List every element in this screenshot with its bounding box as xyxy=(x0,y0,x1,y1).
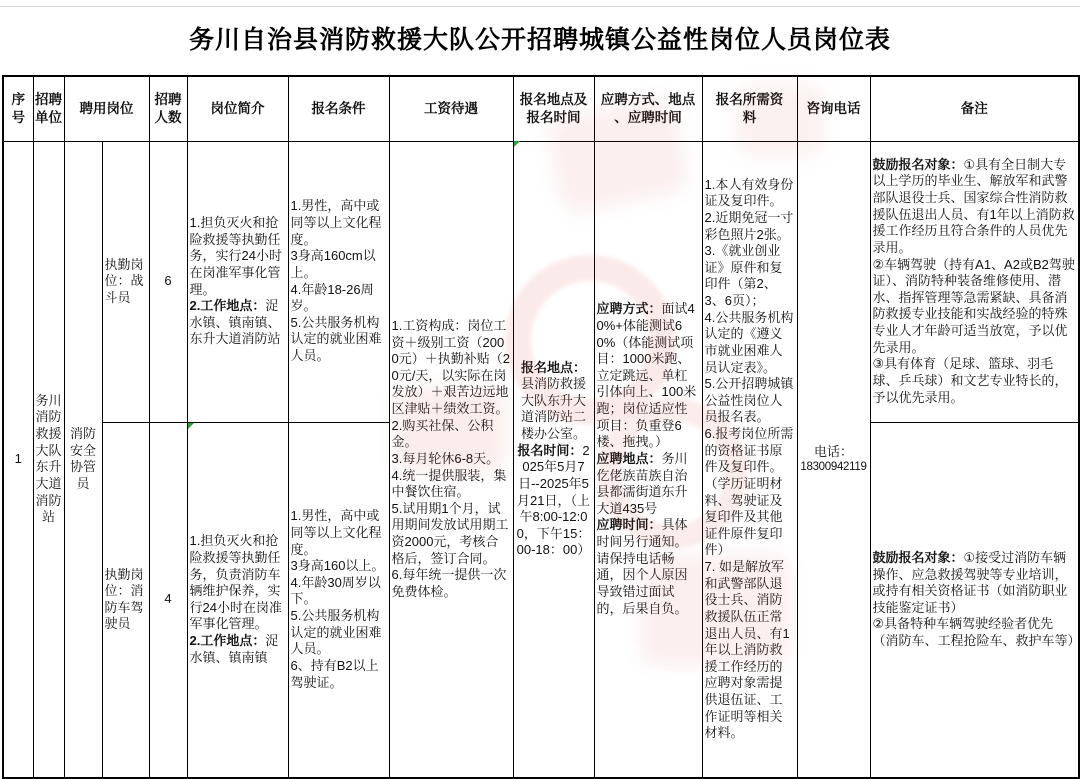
cell-flag-triangle xyxy=(514,141,520,147)
header-salary: 工资待遇 xyxy=(389,76,513,141)
header-conditions: 报名条件 xyxy=(288,76,389,141)
cell-post-name-2: 执勤岗位：消防车驾驶员 xyxy=(102,422,149,778)
material-item: 3.《就业创业证》原件和复印件（第2、3、6页）； xyxy=(705,243,795,310)
phone-number: 18300942119 xyxy=(800,460,868,475)
material-item: 2.近期免冠一寸彩色照片2张。 xyxy=(705,210,795,243)
material-item: 7. 如是解放军和武警部队退役士兵、消防救援队伍正常退出人员、有1年以上消防救援… xyxy=(705,559,795,742)
remark-label-1: 鼓励报名对象： xyxy=(873,157,964,172)
condition-item: 6、持有B2以上驾驶证。 xyxy=(291,658,387,691)
apply-method-text: 面试40%+体能测试60%（体能测试项目：1000米跑、立定跳远、单杠引体向上、… xyxy=(597,301,697,449)
signup-time-label: 报名时间： xyxy=(517,443,582,458)
header-apply: 应聘方式、地点 、应聘时间 xyxy=(594,76,702,141)
condition-item: 4.年龄18-26周岁。 xyxy=(291,282,387,315)
material-item: 4.公共服务机构认定的《遵义市就业困难人员认定表》。 xyxy=(705,310,795,377)
cell-flag-triangle xyxy=(188,423,194,429)
header-unit: 招聘 单位 xyxy=(33,76,64,141)
condition-item: 1.男性，高中或同等以上文化程度。 xyxy=(291,198,387,248)
intro-workplace-1: 2.工作地点：浞水镇、镇南镇、东升大道消防站 xyxy=(190,298,286,348)
header-remark: 备注 xyxy=(870,76,1079,141)
position-table: 序 号 招聘 单位 聘用岗位 招聘 人数 岗位简介 报名条件 工资待遇 报名地点… xyxy=(2,75,1080,779)
cell-conditions-1: 1.男性，高中或同等以上文化程度。 3身高160cm以上。 4.年龄18-26周… xyxy=(288,141,389,422)
cell-remark-1: 鼓励报名对象：①具有全日制大专以上学历的毕业生、解放军和武警部队退役士兵、国家综… xyxy=(870,141,1079,422)
condition-item: 1.男性，高中或同等以上文化程度。 xyxy=(291,508,387,558)
header-intro: 岗位简介 xyxy=(187,76,288,141)
apply-place-label: 应聘地点： xyxy=(597,451,662,466)
cell-recruiting-unit: 务川消防救援大队东升大道消防站 xyxy=(33,141,64,778)
cell-consult-phone: 电话： 18300942119 xyxy=(797,141,870,778)
condition-item: 3身高160以上。 xyxy=(291,558,387,575)
page-top-border xyxy=(0,6,1080,7)
recruitment-position-sheet: 务川自治县消防救援大队公开招聘城镇公益性岗位人员岗位表 序 号 招聘 单位 聘用… xyxy=(0,0,1080,779)
condition-item: 4.年龄30周岁以下。 xyxy=(291,575,387,608)
condition-item: 3身高160cm以上。 xyxy=(291,248,387,281)
condition-item: 5.公共服务机构认定的就业困难人员。 xyxy=(291,608,387,658)
cell-conditions-2: 1.男性，高中或同等以上文化程度。 3身高160以上。 4.年龄30周岁以下。 … xyxy=(288,422,389,778)
header-seq: 序 号 xyxy=(3,76,33,141)
remark-text-1: ①具有全日制大专以上学历的毕业生、解放军和武警部队退役士兵、国家综合性消防救援队… xyxy=(873,157,1075,405)
cell-remark-2: 鼓励报名对象：①接受过消防车辆操作、应急救援驾驶等专业培训，或持有相关资格证书（… xyxy=(870,422,1079,778)
cell-post-count-1: 6 xyxy=(149,141,187,422)
cell-signup: 报名地点：县消防救援大队东升大道消防站二楼办公室。 报名时间：2025年5月7日… xyxy=(513,141,594,778)
intro-duty-1: 1.担负灭火和抢险救援等执勤任务，实行24小时在岗准军事化管理。 xyxy=(190,215,286,298)
salary-item: 3.每月轮休6-8天。 xyxy=(392,451,511,468)
cell-post-name-1: 执勤岗位：战斗员 xyxy=(102,141,149,422)
phone-label: 电话： xyxy=(800,444,868,461)
header-count: 招聘 人数 xyxy=(149,76,187,141)
cell-salary: 1.工资构成：岗位工资＋级别工资（2000元）＋执勤补贴（20元/天，以实际在岗… xyxy=(389,141,513,778)
salary-item: 2.购买社保、公积金。 xyxy=(392,418,511,451)
material-item: 1.本人有效身份证及复印件。 xyxy=(705,177,795,210)
material-item: 6.报考岗位所需的资格证书原件及复印件。（学历证明材料、驾驶证及复印件及其他证件… xyxy=(705,426,795,559)
signup-time-text: 2025年5月7日--2025年5月21日，（上午8:00-12:00，下午15… xyxy=(517,443,591,558)
signup-place-text: 县消防救援大队东升大道消防站二楼办公室。 xyxy=(521,376,586,441)
apply-method-label: 应聘方式： xyxy=(597,301,662,316)
table-header-row: 序 号 招聘 单位 聘用岗位 招聘 人数 岗位简介 报名条件 工资待遇 报名地点… xyxy=(3,76,1079,141)
intro-workplace-label-1: 2.工作地点： xyxy=(190,298,266,313)
cell-intro-1: 1.担负灭火和抢险救援等执勤任务，实行24小时在岗准军事化管理。 2.工作地点：… xyxy=(187,141,288,422)
cell-intro-2: 1.担负灭火和抢险救援等执勤任务，负责消防车辆维护保养，实行24小时在岗准军事化… xyxy=(187,422,288,778)
cell-post-count-2: 4 xyxy=(149,422,187,778)
header-position: 聘用岗位 xyxy=(64,76,149,141)
apply-time: 应聘时间：具体时间另行通知。请保持电话畅通，因个人原因导致错过面试的，后果自负。 xyxy=(597,517,700,617)
cell-seq: 1 xyxy=(3,141,33,778)
intro-workplace-label-2: 2.工作地点： xyxy=(190,633,266,648)
remark-label-2: 鼓励报名对象： xyxy=(873,550,964,565)
apply-time-label: 应聘时间： xyxy=(597,517,662,532)
apply-method: 应聘方式：面试40%+体能测试60%（体能测试项目：1000米跑、立定跳远、单杠… xyxy=(597,301,700,451)
salary-item: 1.工资构成：岗位工资＋级别工资（2000元）＋执勤补贴（20元/天，以实际在岗… xyxy=(392,318,511,418)
signup-place: 报名地点：县消防救援大队东升大道消防站二楼办公室。 xyxy=(516,360,592,443)
intro-duty-2: 1.担负灭火和抢险救援等执勤任务，负责消防车辆维护保养，实行24小时在岗准军事化… xyxy=(190,533,286,633)
material-item: 5.公开招聘城镇公益性岗位人员报名表。 xyxy=(705,376,795,426)
cell-position-title: 消防安全协管员 xyxy=(64,141,102,778)
header-signup: 报名地点及 报名时间 xyxy=(513,76,594,141)
header-materials: 报名所需资 料 xyxy=(702,76,797,141)
page-title: 务川自治县消防救援大队公开招聘城镇公益性岗位人员岗位表 xyxy=(0,20,1080,56)
signup-time: 报名时间：2025年5月7日--2025年5月21日，（上午8:00-12:00… xyxy=(516,443,592,559)
intro-workplace-2: 2.工作地点：浞水镇、镇南镇 xyxy=(190,633,286,666)
apply-place: 应聘地点：务川仡佬族苗族自治县都濡街道东升大道435号 xyxy=(597,451,700,518)
signup-place-label: 报名地点： xyxy=(521,360,586,375)
cell-materials: 1.本人有效身份证及复印件。 2.近期免冠一寸彩色照片2张。 3.《就业创业证》… xyxy=(702,141,797,778)
salary-item: 4.统一提供服装，集中餐饮住宿。 xyxy=(392,468,511,501)
cell-apply: 应聘方式：面试40%+体能测试60%（体能测试项目：1000米跑、立定跳远、单杠… xyxy=(594,141,702,778)
header-phone: 咨询电话 xyxy=(797,76,870,141)
table-row-firefighter: 1 务川消防救援大队东升大道消防站 消防安全协管员 执勤岗位：战斗员 6 1.担… xyxy=(3,141,1079,422)
salary-item: 5.试用期1个月，试用期间发放试用期工资2000元，考核合格后，签订合同。 xyxy=(392,501,511,568)
salary-item: 6.每年统一提供一次免费体检。 xyxy=(392,567,511,600)
condition-item: 5.公共服务机构认定的就业困难人员。 xyxy=(291,315,387,365)
